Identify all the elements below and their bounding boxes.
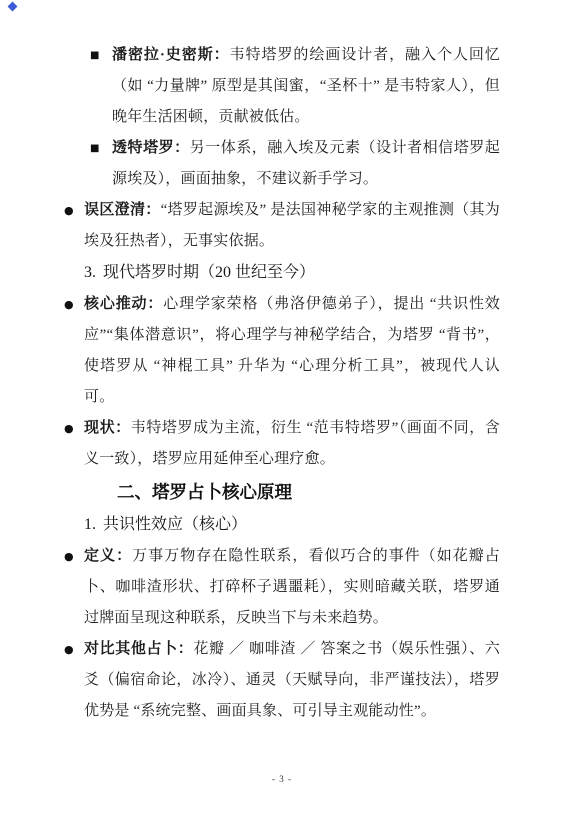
square-bullet-icon: ■	[90, 40, 100, 71]
circle-bullet-icon: ●	[64, 195, 74, 226]
item-label: 透特塔罗：	[112, 140, 190, 156]
section-2-heading: 二、塔罗占卜核心原理	[0, 475, 564, 509]
misconception-item: ●误区澄清：“塔罗起源埃及” 是法国神秘学家的主观推测（其为埃及狂热者），无事实…	[0, 195, 564, 257]
item-label: 现状：	[84, 420, 131, 436]
consensus-effect-heading: 1.共识性效应（核心）	[0, 509, 564, 541]
square-bullet-icon: ■	[90, 133, 100, 164]
heading-text: 共识性效应（核心）	[103, 516, 247, 533]
comparison-item: ●对比其他占卜：花瓣 ／ 咖啡渣 ／ 答案之书（娱乐性强）、六爻（偏宿命论，冰冷…	[0, 634, 564, 727]
pamela-smith-item: ■潘密拉·史密斯：韦特塔罗的绘画设计者，融入个人回忆（如 “力量牌” 原型是其闺…	[0, 40, 564, 133]
page-number: - 3 -	[0, 771, 564, 787]
item-text: 韦特塔罗成为主流，衍生 “范韦特塔罗”（画面不同，含义一致），塔罗应用延伸至心理…	[84, 420, 500, 467]
heading-text: 现代塔罗时期（20 世纪至今）	[103, 264, 315, 281]
item-text: 万事万物存在隐性联系，看似巧合的事件（如花瓣占卜、咖啡渣形状、打碎杯子遇噩耗），…	[84, 548, 500, 626]
core-driver-item: ●核心推动：心理学家荣格（弗洛伊德弟子），提出 “共识性效应”“集体潜意识”，将…	[0, 289, 564, 413]
circle-bullet-icon: ●	[64, 634, 74, 665]
modern-period-heading: 3.现代塔罗时期（20 世纪至今）	[0, 257, 564, 289]
item-label: 定义：	[84, 548, 132, 564]
document-body: ■潘密拉·史密斯：韦特塔罗的绘画设计者，融入个人回忆（如 “力量牌” 原型是其闺…	[0, 0, 564, 727]
heading-number: 1.	[84, 509, 103, 541]
item-label: 核心推动：	[84, 296, 163, 312]
circle-bullet-icon: ●	[64, 541, 74, 572]
status-quo-item: ●现状：韦特塔罗成为主流，衍生 “范韦特塔罗”（画面不同，含义一致），塔罗应用延…	[0, 413, 564, 475]
item-label: 误区澄清：	[84, 202, 161, 218]
item-label: 对比其他占卜：	[84, 641, 193, 657]
circle-bullet-icon: ●	[64, 289, 74, 320]
document-page: ■潘密拉·史密斯：韦特塔罗的绘画设计者，融入个人回忆（如 “力量牌” 原型是其闺…	[0, 0, 564, 821]
item-text: 心理学家荣格（弗洛伊德弟子），提出 “共识性效应”“集体潜意识”，将心理学与神秘…	[84, 296, 500, 405]
definition-item: ●定义：万事万物存在隐性联系，看似巧合的事件（如花瓣占卜、咖啡渣形状、打碎杯子遇…	[0, 541, 564, 634]
circle-bullet-icon: ●	[64, 413, 74, 444]
item-label: 潘密拉·史密斯：	[112, 47, 230, 63]
thoth-tarot-item: ■透特塔罗：另一体系，融入埃及元素（设计者相信塔罗起源埃及），画面抽象，不建议新…	[0, 133, 564, 195]
heading-number: 3.	[84, 257, 103, 289]
